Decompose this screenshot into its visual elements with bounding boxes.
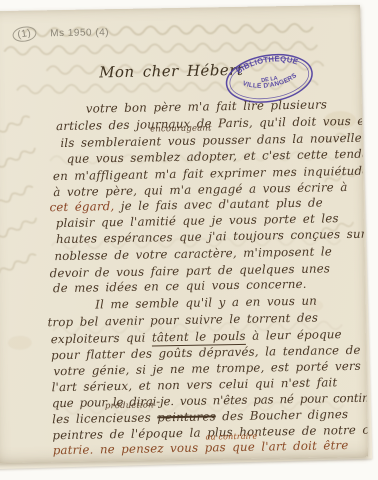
svg-text:VILLE D'ANGERS: VILLE D'ANGERS — [241, 71, 300, 93]
letter-line-text: des Boucher dignes — [216, 407, 349, 423]
scanned-letter: (1) Ms 1950 (4) Mon cher Hébert BIBLIOTH… — [0, 0, 378, 480]
letter-page: (1) Ms 1950 (4) Mon cher Hébert BIBLIOTH… — [0, 5, 368, 463]
letter-line-text: à leur époque — [246, 327, 342, 343]
underlined-words: tâtent le pouls — [152, 329, 246, 347]
interline-insertion: encourageant — [150, 123, 212, 134]
red-ink-words: cet égard, — [49, 199, 114, 214]
annotation-shelfmark: Ms 1950 (4) — [50, 27, 109, 39]
foxing-stain — [8, 336, 32, 350]
letter-line-text: exploiteurs qui — [51, 330, 152, 346]
letter-line-text: les licencieuses — [52, 410, 157, 426]
annotation-number: (1) — [11, 25, 37, 44]
struck-word: peintures — [157, 409, 216, 424]
pencil-annotation: (1) Ms 1950 (4) — [12, 25, 109, 42]
stamp-text-bottom: VILLE D'ANGERS — [241, 71, 300, 93]
